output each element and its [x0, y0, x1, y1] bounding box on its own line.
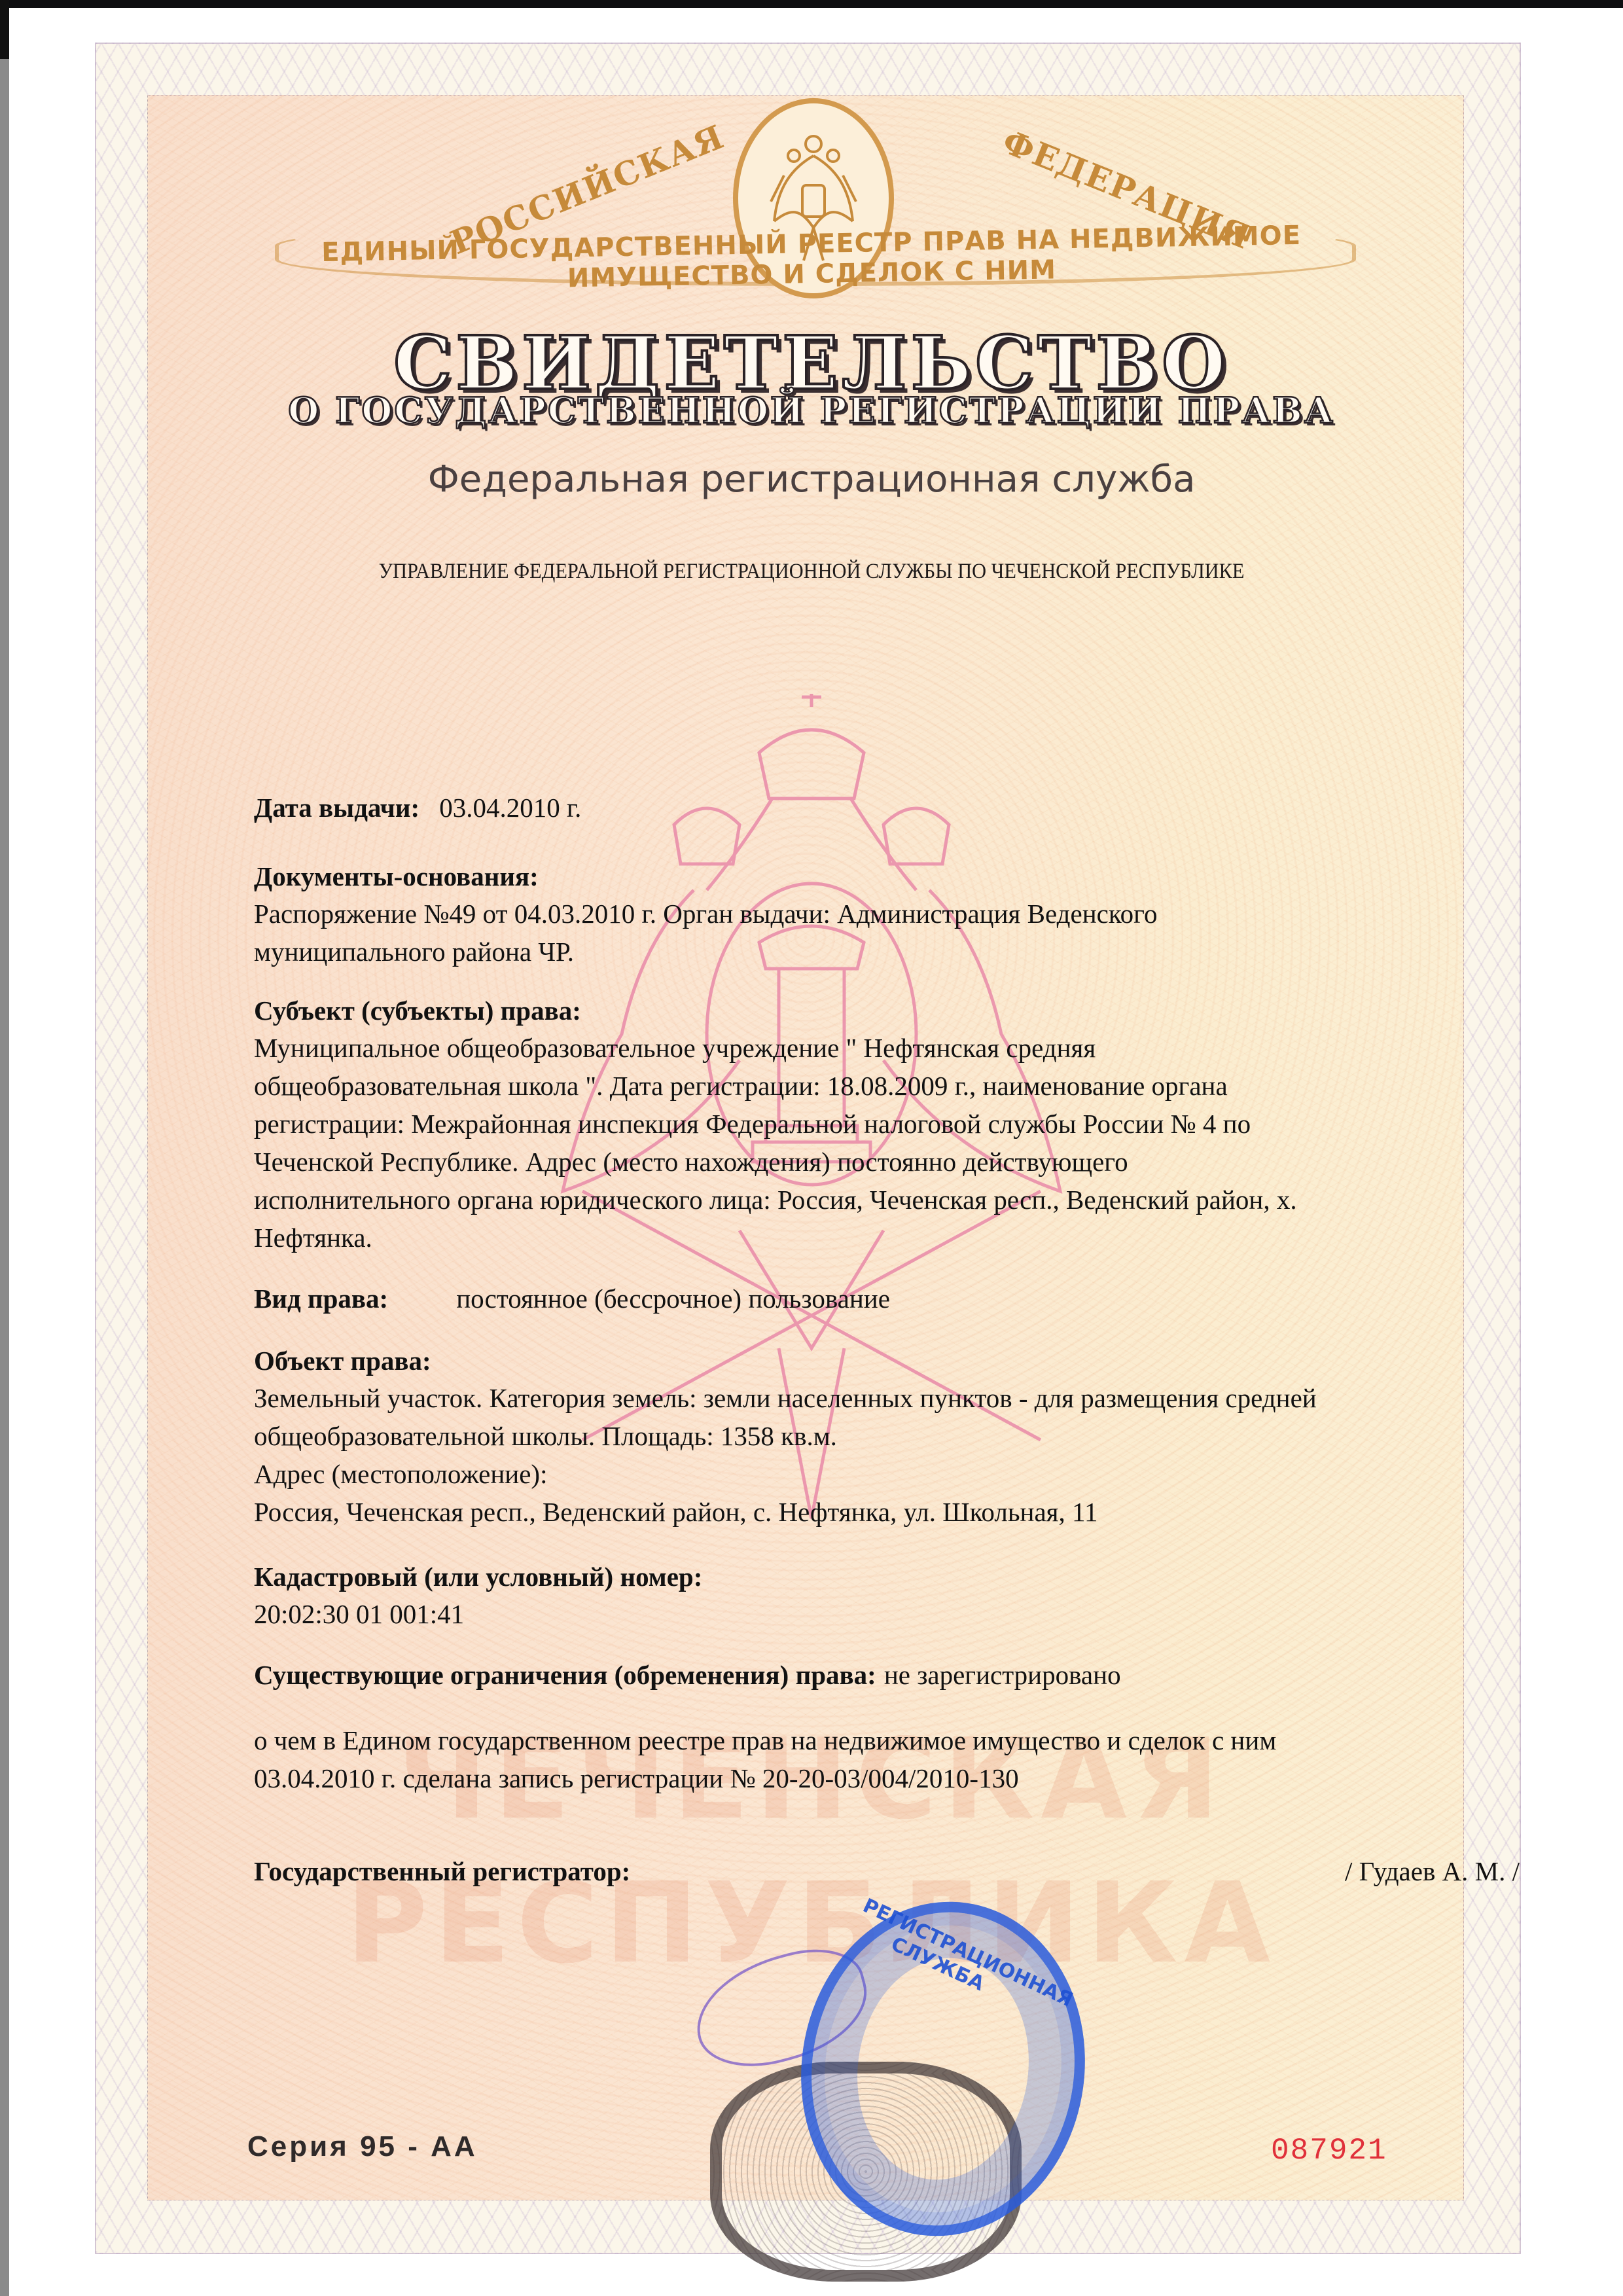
right-type-row: Вид права: постоянное (бессрочное) польз… [254, 1283, 890, 1314]
issue-date-row: Дата выдачи: 03.04.2010 г. [254, 792, 581, 823]
header-ornament: РОССИЙСКАЯ ФЕДЕРАЦИЯ ЕДИНЫЙ ГОСУДАРСТВЕН… [262, 98, 1361, 295]
registrar-row: Государственный регистратор: [254, 1856, 630, 1887]
basis-documents-line: Распоряжение №49 от 04.03.2010 г. Орган … [254, 895, 1157, 933]
restrictions-row: Существующие ограничения (обременения) п… [254, 1659, 1121, 1691]
subjects-label: Субъект (субъекты) права: [254, 995, 1297, 1026]
registry-record: о чем в Едином государственном реестре п… [254, 1721, 1276, 1797]
cadastral-number: 20:02:30 01 001:41 [254, 1595, 702, 1633]
department-name: УПРАВЛЕНИЕ ФЕДЕРАЛЬНОЙ РЕГИСТРАЦИОННОЙ С… [65, 560, 1558, 584]
series-label: Серия 95 - АА [247, 2130, 478, 2163]
issue-date-value: 03.04.2010 г. [439, 793, 581, 823]
object-line: Россия, Чеченская респ., Веденский район… [254, 1493, 1317, 1531]
service-name: Федеральная регистрационная служба [0, 458, 1623, 501]
basis-documents-line: муниципального района ЧР. [254, 933, 1157, 971]
cadastral-label: Кадастровый (или условный) номер: [254, 1561, 702, 1592]
right-type-label: Вид права: [254, 1283, 388, 1314]
registry-record-line: 03.04.2010 г. сделана запись регистрации… [254, 1759, 1276, 1797]
subjects-line: Муниципальное общеобразовательное учрежд… [254, 1029, 1297, 1067]
restrictions-label: Существующие ограничения (обременения) п… [254, 1660, 876, 1690]
right-type-value: постоянное (бессрочное) пользование [456, 1283, 890, 1314]
basis-documents-section: Документы-основания: Распоряжение №49 от… [254, 861, 1157, 971]
subjects-line: исполнительного органа юридического лица… [254, 1181, 1297, 1219]
certificate-subtitle: О ГОСУДАРСТВЕННОЙ РЕГИСТРАЦИИ ПРАВА [0, 389, 1623, 431]
registrar-name: / Гудаев А. М. / [1345, 1856, 1520, 1887]
subjects-line: Чеченской Республике. Адрес (место нахож… [254, 1143, 1297, 1181]
object-line: общеобразовательной школы. Площадь: 1358… [254, 1417, 1317, 1455]
object-label: Объект права: [254, 1345, 1317, 1376]
issue-date-label: Дата выдачи: [254, 793, 419, 823]
registrar-label: Государственный регистратор: [254, 1856, 630, 1886]
object-section: Объект права: Земельный участок. Категор… [254, 1345, 1317, 1531]
cadastral-section: Кадастровый (или условный) номер: 20:02:… [254, 1561, 702, 1633]
basis-documents-label: Документы-основания: [254, 861, 1157, 892]
subjects-line: общеобразовательная школа ". Дата регист… [254, 1067, 1297, 1105]
scanner-edge-top [0, 0, 1623, 8]
subjects-line: Нефтянка. [254, 1219, 1297, 1257]
subjects-section: Субъект (субъекты) права: Муниципальное … [254, 995, 1297, 1257]
registry-record-line: о чем в Едином государственном реестре п… [254, 1721, 1276, 1759]
restrictions-value: не зарегистрировано [884, 1660, 1121, 1690]
object-line: Адрес (местоположение): [254, 1455, 1317, 1493]
scanner-edge-corner [0, 0, 9, 59]
subjects-line: регистрации: Межрайонная инспекция Федер… [254, 1105, 1297, 1143]
object-line: Земельный участок. Категория земель: зем… [254, 1379, 1317, 1417]
serial-number: 087921 [1271, 2134, 1387, 2168]
